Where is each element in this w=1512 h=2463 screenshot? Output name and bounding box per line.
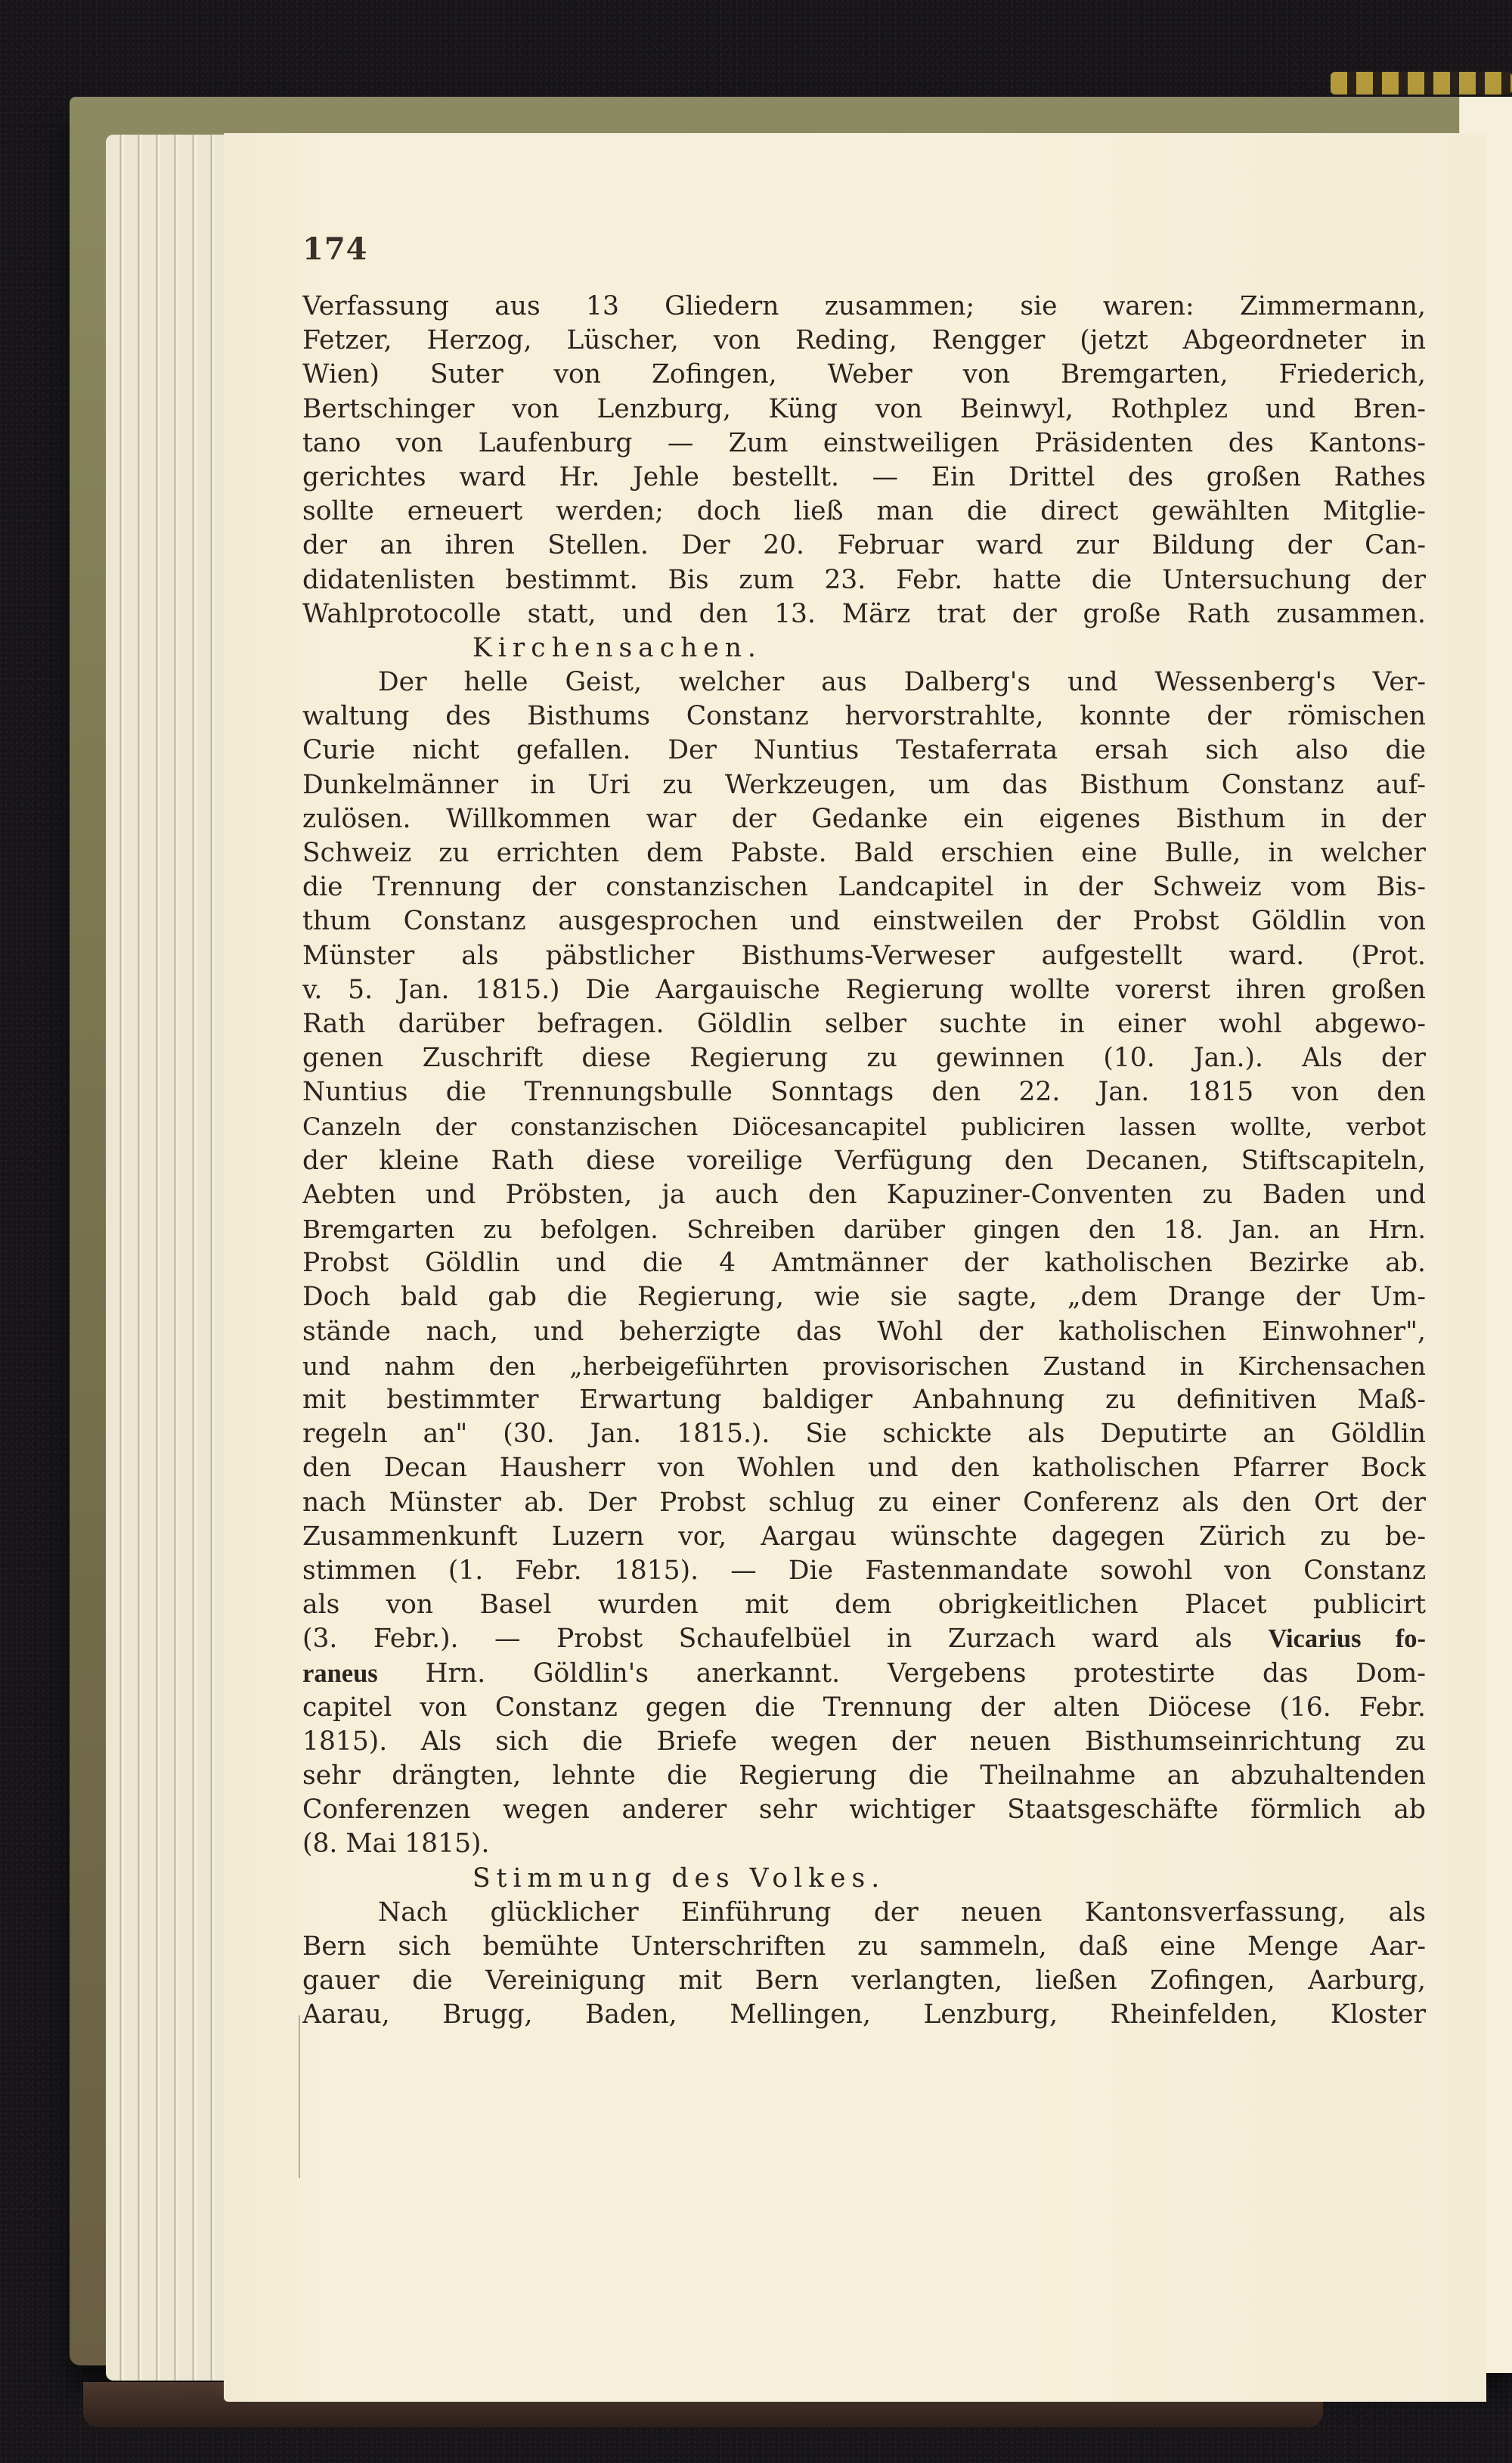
text-line: Canzeln der constanzischen Diöcesancapit…: [302, 1110, 1426, 1144]
text-line: stimmen (1. Febr. 1815). — Die Fastenman…: [302, 1554, 1426, 1588]
text-line: Doch bald gab die Regierung, wie sie sag…: [302, 1280, 1426, 1314]
page-number: 174: [302, 231, 368, 267]
text-line: Aarau, Brugg, Baden, Mellingen, Lenzburg…: [302, 1998, 1426, 2032]
page-stack-edges: [106, 135, 234, 2381]
margin-pencil-mark: [299, 2015, 302, 2178]
text-line: Bremgarten zu befolgen. Schreiben darübe…: [302, 1212, 1426, 1246]
text-line: Nuntius die Trennungsbulle Sonntags den …: [302, 1075, 1426, 1109]
text-line: Schweiz zu errichten dem Pabste. Bald er…: [302, 836, 1426, 870]
text-line: den Decan Hausherr von Wohlen und den ka…: [302, 1451, 1426, 1485]
text-line: Wahlprotocolle statt, und den 13. März t…: [302, 597, 1426, 631]
text-line: Conferenzen wegen anderer sehr wichtiger…: [302, 1793, 1426, 1827]
text-line: mit bestimmter Erwartung baldiger Anbahn…: [302, 1383, 1426, 1417]
text-line: raneus Hrn. Göldlin's anerkannt. Vergebe…: [302, 1657, 1426, 1691]
text-line: nach Münster ab. Der Probst schlug zu ei…: [302, 1486, 1426, 1520]
text-line: der an ihren Stellen. Der 20. Februar wa…: [302, 529, 1426, 563]
text-line: Curie nicht gefallen. Der Nuntius Testaf…: [302, 734, 1426, 768]
text-line: capitel von Constanz gegen die Trennung …: [302, 1691, 1426, 1725]
text-line: thum Constanz ausgesprochen und einstwei…: [302, 904, 1426, 938]
text-line: Dunkelmänner in Uri zu Werkzeugen, um da…: [302, 768, 1426, 802]
text-line: Bern sich bemühte Unterschriften zu samm…: [302, 1930, 1426, 1964]
text-line: (8. Mai 1815).: [302, 1827, 1426, 1861]
text-line: stände nach, und beherzigte das Wohl der…: [302, 1315, 1426, 1349]
text-line: Münster als päbstlicher Bisthums-Verwese…: [302, 939, 1426, 973]
text-line: 1815). Als sich die Briefe wegen der neu…: [302, 1725, 1426, 1759]
section-heading-kirchensachen: Kirchensachen.: [302, 631, 1426, 665]
text-line: (3. Febr.). — Probst Schaufelbüel in Zur…: [302, 1622, 1426, 1656]
text-line: tano von Laufenburg — Zum einstweiligen …: [302, 427, 1426, 461]
section-heading-stimmung: Stimmung des Volkes.: [302, 1862, 1426, 1896]
text-line: v. 5. Jan. 1815.) Die Aargauische Regier…: [302, 973, 1426, 1007]
text-line: Bertschinger von Lenzburg, Küng von Bein…: [302, 392, 1426, 427]
text-line: zulösen. Willkommen war der Gedanke ein …: [302, 802, 1426, 836]
text-line: sehr drängten, lehnte die Regierung die …: [302, 1759, 1426, 1793]
text-line: und nahm den „herbeigeführten provisoris…: [302, 1349, 1426, 1383]
text-line: gerichtes ward Hr. Jehle bestellt. — Ein…: [302, 461, 1426, 495]
text-line: genen Zuschrift diese Regierung zu gewin…: [302, 1041, 1426, 1075]
text-line: didatenlisten bestimmt. Bis zum 23. Febr…: [302, 563, 1426, 597]
text-line: Aebten und Pröbsten, ja auch den Kapuzin…: [302, 1178, 1426, 1212]
text-line: regeln an" (30. Jan. 1815.). Sie schickt…: [302, 1417, 1426, 1451]
text-line: Nach glücklicher Einführung der neuen Ka…: [302, 1896, 1426, 1930]
text-line: die Trennung der constanzischen Landcapi…: [302, 870, 1426, 904]
text-line: Probst Göldlin und die 4 Amtmänner der k…: [302, 1246, 1426, 1280]
text-line: Verfassung aus 13 Gliedern zusammen; sie…: [302, 290, 1426, 324]
text-line: als von Basel wurden mit dem obrigkeitli…: [302, 1588, 1426, 1622]
text-line: Zusammenkunft Luzern vor, Aargau wünscht…: [302, 1520, 1426, 1554]
text-line: der kleine Rath diese voreilige Verfügun…: [302, 1144, 1426, 1178]
text-line: waltung des Bisthums Constanz hervorstra…: [302, 700, 1426, 734]
text-line: gauer die Vereinigung mit Bern verlangte…: [302, 1964, 1426, 1998]
latin-term: raneus: [302, 1659, 378, 1688]
binding-thread: [1331, 72, 1512, 95]
text-line: sollte erneuert werden; doch ließ man di…: [302, 495, 1426, 529]
text-line: Wien) Suter von Zofingen, Weber von Brem…: [302, 358, 1426, 392]
text-line: Fetzer, Herzog, Lüscher, von Reding, Ren…: [302, 324, 1426, 358]
latin-term: Vicarius fo-: [1268, 1624, 1426, 1653]
text-line: Der helle Geist, welcher aus Dalberg's u…: [302, 665, 1426, 700]
text-line: Rath darüber befragen. Göldlin selber su…: [302, 1007, 1426, 1041]
body-text: Verfassung aus 13 Gliedern zusammen; sie…: [302, 290, 1426, 2033]
